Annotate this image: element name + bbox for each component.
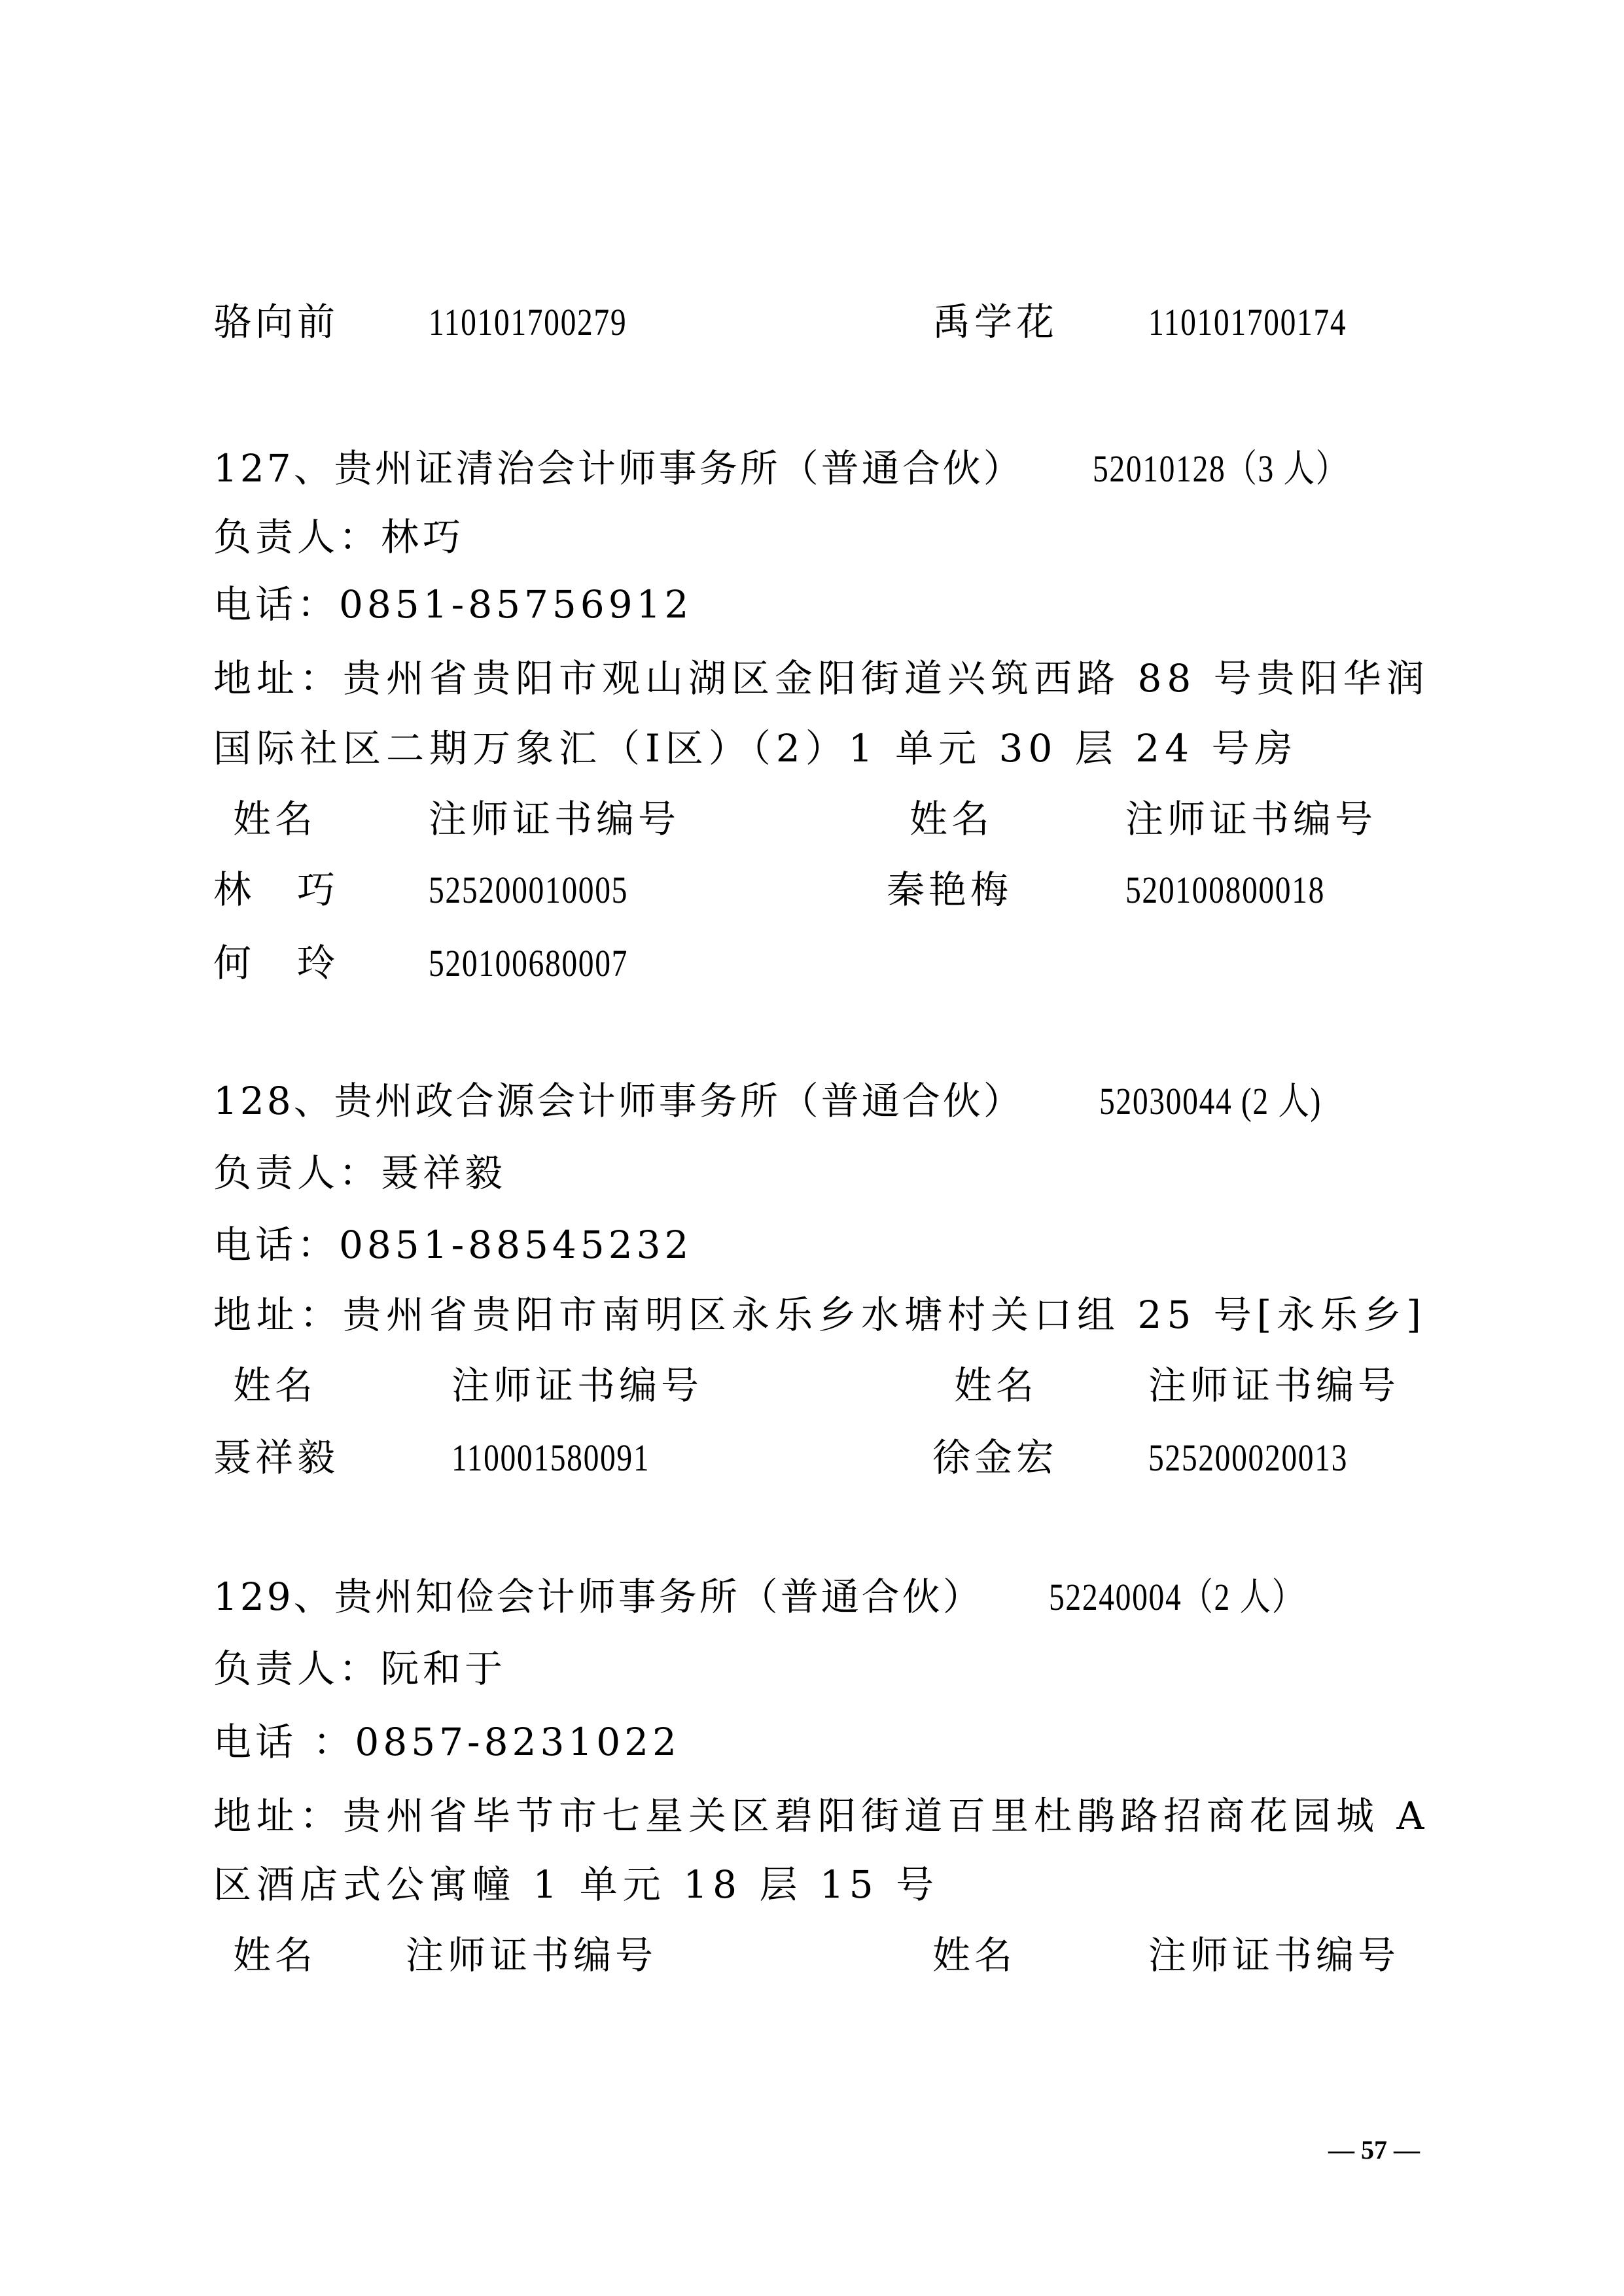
member-cert: 110101700279 [429,296,627,349]
column-header-name: 姓名 [954,1359,1038,1412]
column-header-name: 姓名 [233,1359,317,1412]
column-header-cert: 注师证书编号 [1148,1929,1400,1981]
firm-address-line: 地址：贵州省贵阳市南明区永乐乡水塘村关口组 25 号[永乐乡] [213,1289,1426,1341]
member-cert: 520100680007 [429,937,628,990]
member-cert: 525200020013 [1148,1432,1348,1484]
column-header-cert: 注师证书编号 [1148,1359,1400,1412]
firm-phone: 电话 ：0857-8231022 [213,1716,680,1768]
column-header-name: 姓名 [233,793,317,845]
column-header-cert: 注师证书编号 [451,1359,703,1412]
member-name: 骆向前 [213,296,339,348]
firm-manager: 负责人：阮和于 [213,1643,506,1695]
member-cert: 110001580091 [451,1432,650,1484]
firm-title-line: 128、贵州政合源会计师事务所（普通合伙） 52030044 (2 人) [213,1075,1370,1127]
column-header-name: 姓名 [932,1929,1016,1981]
firm-title-line: 129、贵州知俭会计师事务所（普通合伙） 52240004（2 人） [213,1571,1360,1623]
member-cert: 525200010005 [429,864,628,916]
firm-manager: 负责人：林巧 [213,511,465,563]
member-name: 林 巧 [213,863,339,916]
firm-code: 52010128（3 人） [1093,443,1348,495]
firm-address-line: 国际社区二期万象汇（Ⅰ区）（2）1 单元 30 层 24 号房 [213,722,1298,774]
member-name: 何 玲 [213,937,339,989]
firm-title: 127、贵州证清治会计师事务所（普通合伙） [213,446,1024,491]
member-cert: 520100800018 [1125,864,1325,916]
firm-address-line: 区酒店式公寓幢 1 单元 18 层 15 号 [213,1858,939,1911]
firm-phone: 电话：0851-88545232 [213,1219,692,1271]
firm-code: 52240004（2 人） [1049,1571,1304,1624]
firm-address-line: 地址：贵州省毕节市七星关区碧阳街道百里杜鹃路招商花园城 A [213,1790,1429,1842]
member-name: 禹学花 [932,296,1058,348]
column-header-cert: 注师证书编号 [406,1929,657,1981]
member-name: 秦艳梅 [887,863,1012,916]
column-header-name: 姓名 [233,1929,317,1981]
column-header-cert: 注师证书编号 [1125,793,1377,845]
member-cert: 110101700174 [1148,296,1347,349]
firm-phone: 电话：0851-85756912 [213,578,692,631]
firm-title-line: 127、贵州证清治会计师事务所（普通合伙） 52010128（3 人） [213,442,1403,495]
firm-title: 128、贵州政合源会计师事务所（普通合伙） [213,1079,1024,1123]
column-header-cert: 注师证书编号 [429,793,680,845]
firm-manager: 负责人：聂祥毅 [213,1147,506,1199]
firm-code: 52030044 (2 人) [1099,1075,1322,1128]
firm-address-line: 地址：贵州省贵阳市观山湖区金阳街道兴筑西路 88 号贵阳华润 [213,652,1430,704]
member-name: 徐金宏 [932,1431,1058,1484]
firm-title: 129、贵州知俭会计师事务所（普通合伙） [213,1574,983,1619]
page-number: — 57 — [1328,2134,1420,2166]
member-name: 聂祥毅 [213,1431,339,1484]
column-header-name: 姓名 [909,793,993,845]
